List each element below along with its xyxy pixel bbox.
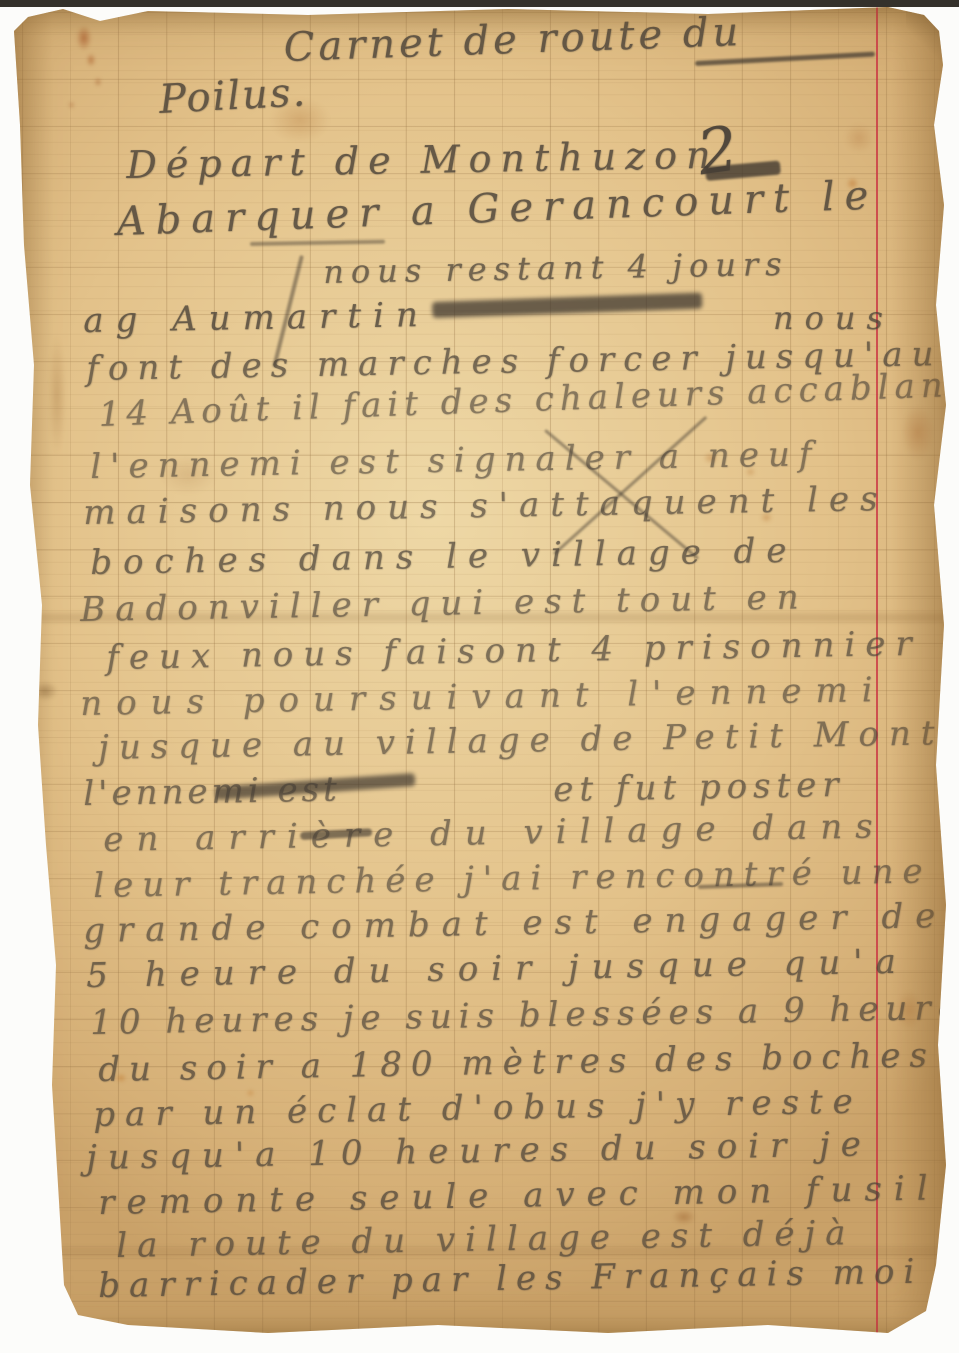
binding-thread xyxy=(10,905,28,966)
manuscript-line: nous restant 4 jours xyxy=(323,245,789,291)
manuscript-line: Poilus. xyxy=(158,69,308,123)
manuscript-line: et fut poster xyxy=(553,765,845,810)
binding-thread xyxy=(5,489,27,839)
scanned-page: Carnet de route duPoilus.Départ de Month… xyxy=(0,0,959,1353)
bent-corner xyxy=(906,5,952,75)
stain xyxy=(48,335,66,455)
stain xyxy=(844,123,874,153)
stain xyxy=(68,101,75,109)
scanner-edge xyxy=(0,0,959,7)
manuscript-line: nous xyxy=(773,299,894,337)
manuscript-line: ag Aumartin xyxy=(83,295,430,341)
stain xyxy=(94,77,102,87)
stain xyxy=(76,25,92,51)
manuscript-paper: Carnet de route duPoilus.Départ de Month… xyxy=(8,5,952,1341)
stain xyxy=(901,405,935,460)
stain xyxy=(32,681,58,701)
stain xyxy=(86,53,96,67)
manuscript-line: l'ennemi est xyxy=(83,770,341,814)
